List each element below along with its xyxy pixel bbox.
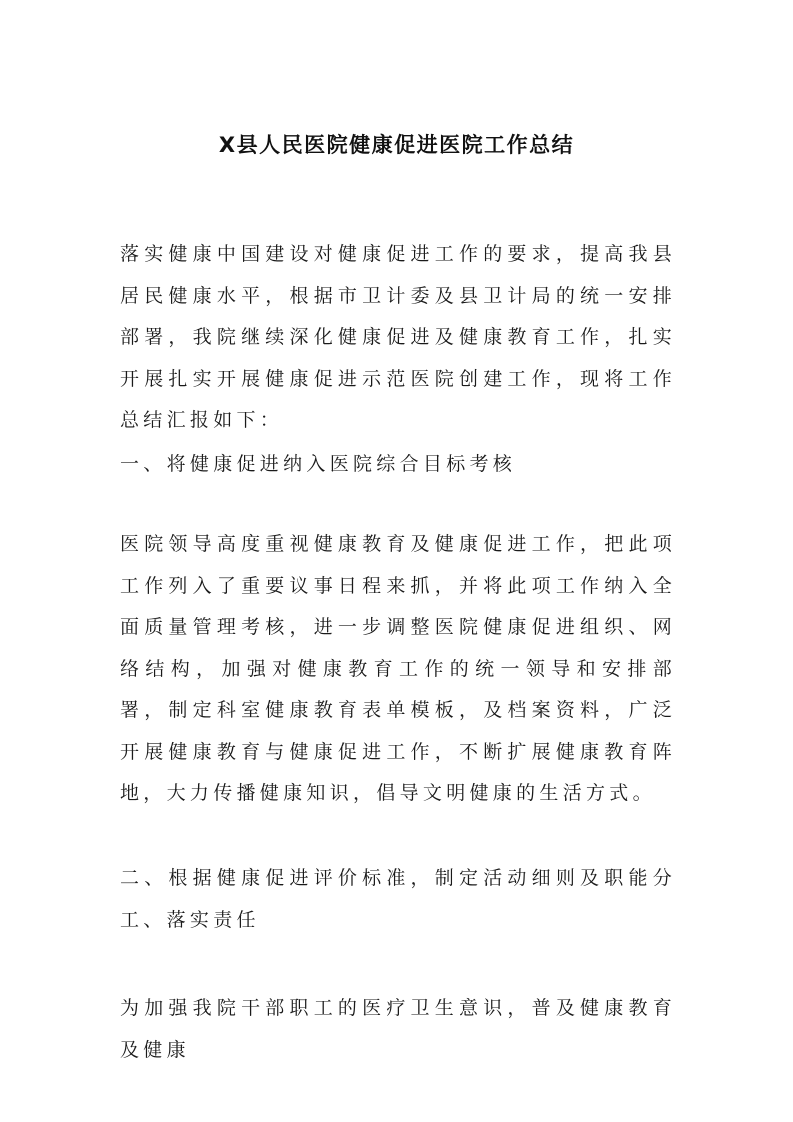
- document-title: X县人民医院健康促进医院工作总结: [0, 128, 793, 162]
- document-page: X县人民医院健康促进医院工作总结 落实健康中国建设对健康促进工作的要求，提高我县…: [0, 0, 793, 1122]
- section-heading-1: 一、将健康促进纳入医院综合目标考核: [120, 444, 676, 486]
- intro-paragraph: 落实健康中国建设对健康促进工作的要求，提高我县居民健康水平，根据市卫计委及县卫计…: [120, 234, 676, 442]
- section-heading-2: 二、根据健康促进评价标准，制定活动细则及职能分工、落实责任: [120, 858, 676, 941]
- section-2-paragraph: 为加强我院干部职工的医疗卫生意识，普及健康教育及健康: [120, 988, 676, 1071]
- section-1-paragraph: 医院领导高度重视健康教育及健康促进工作，把此项工作列入了重要议事日程来抓，并将此…: [120, 524, 676, 815]
